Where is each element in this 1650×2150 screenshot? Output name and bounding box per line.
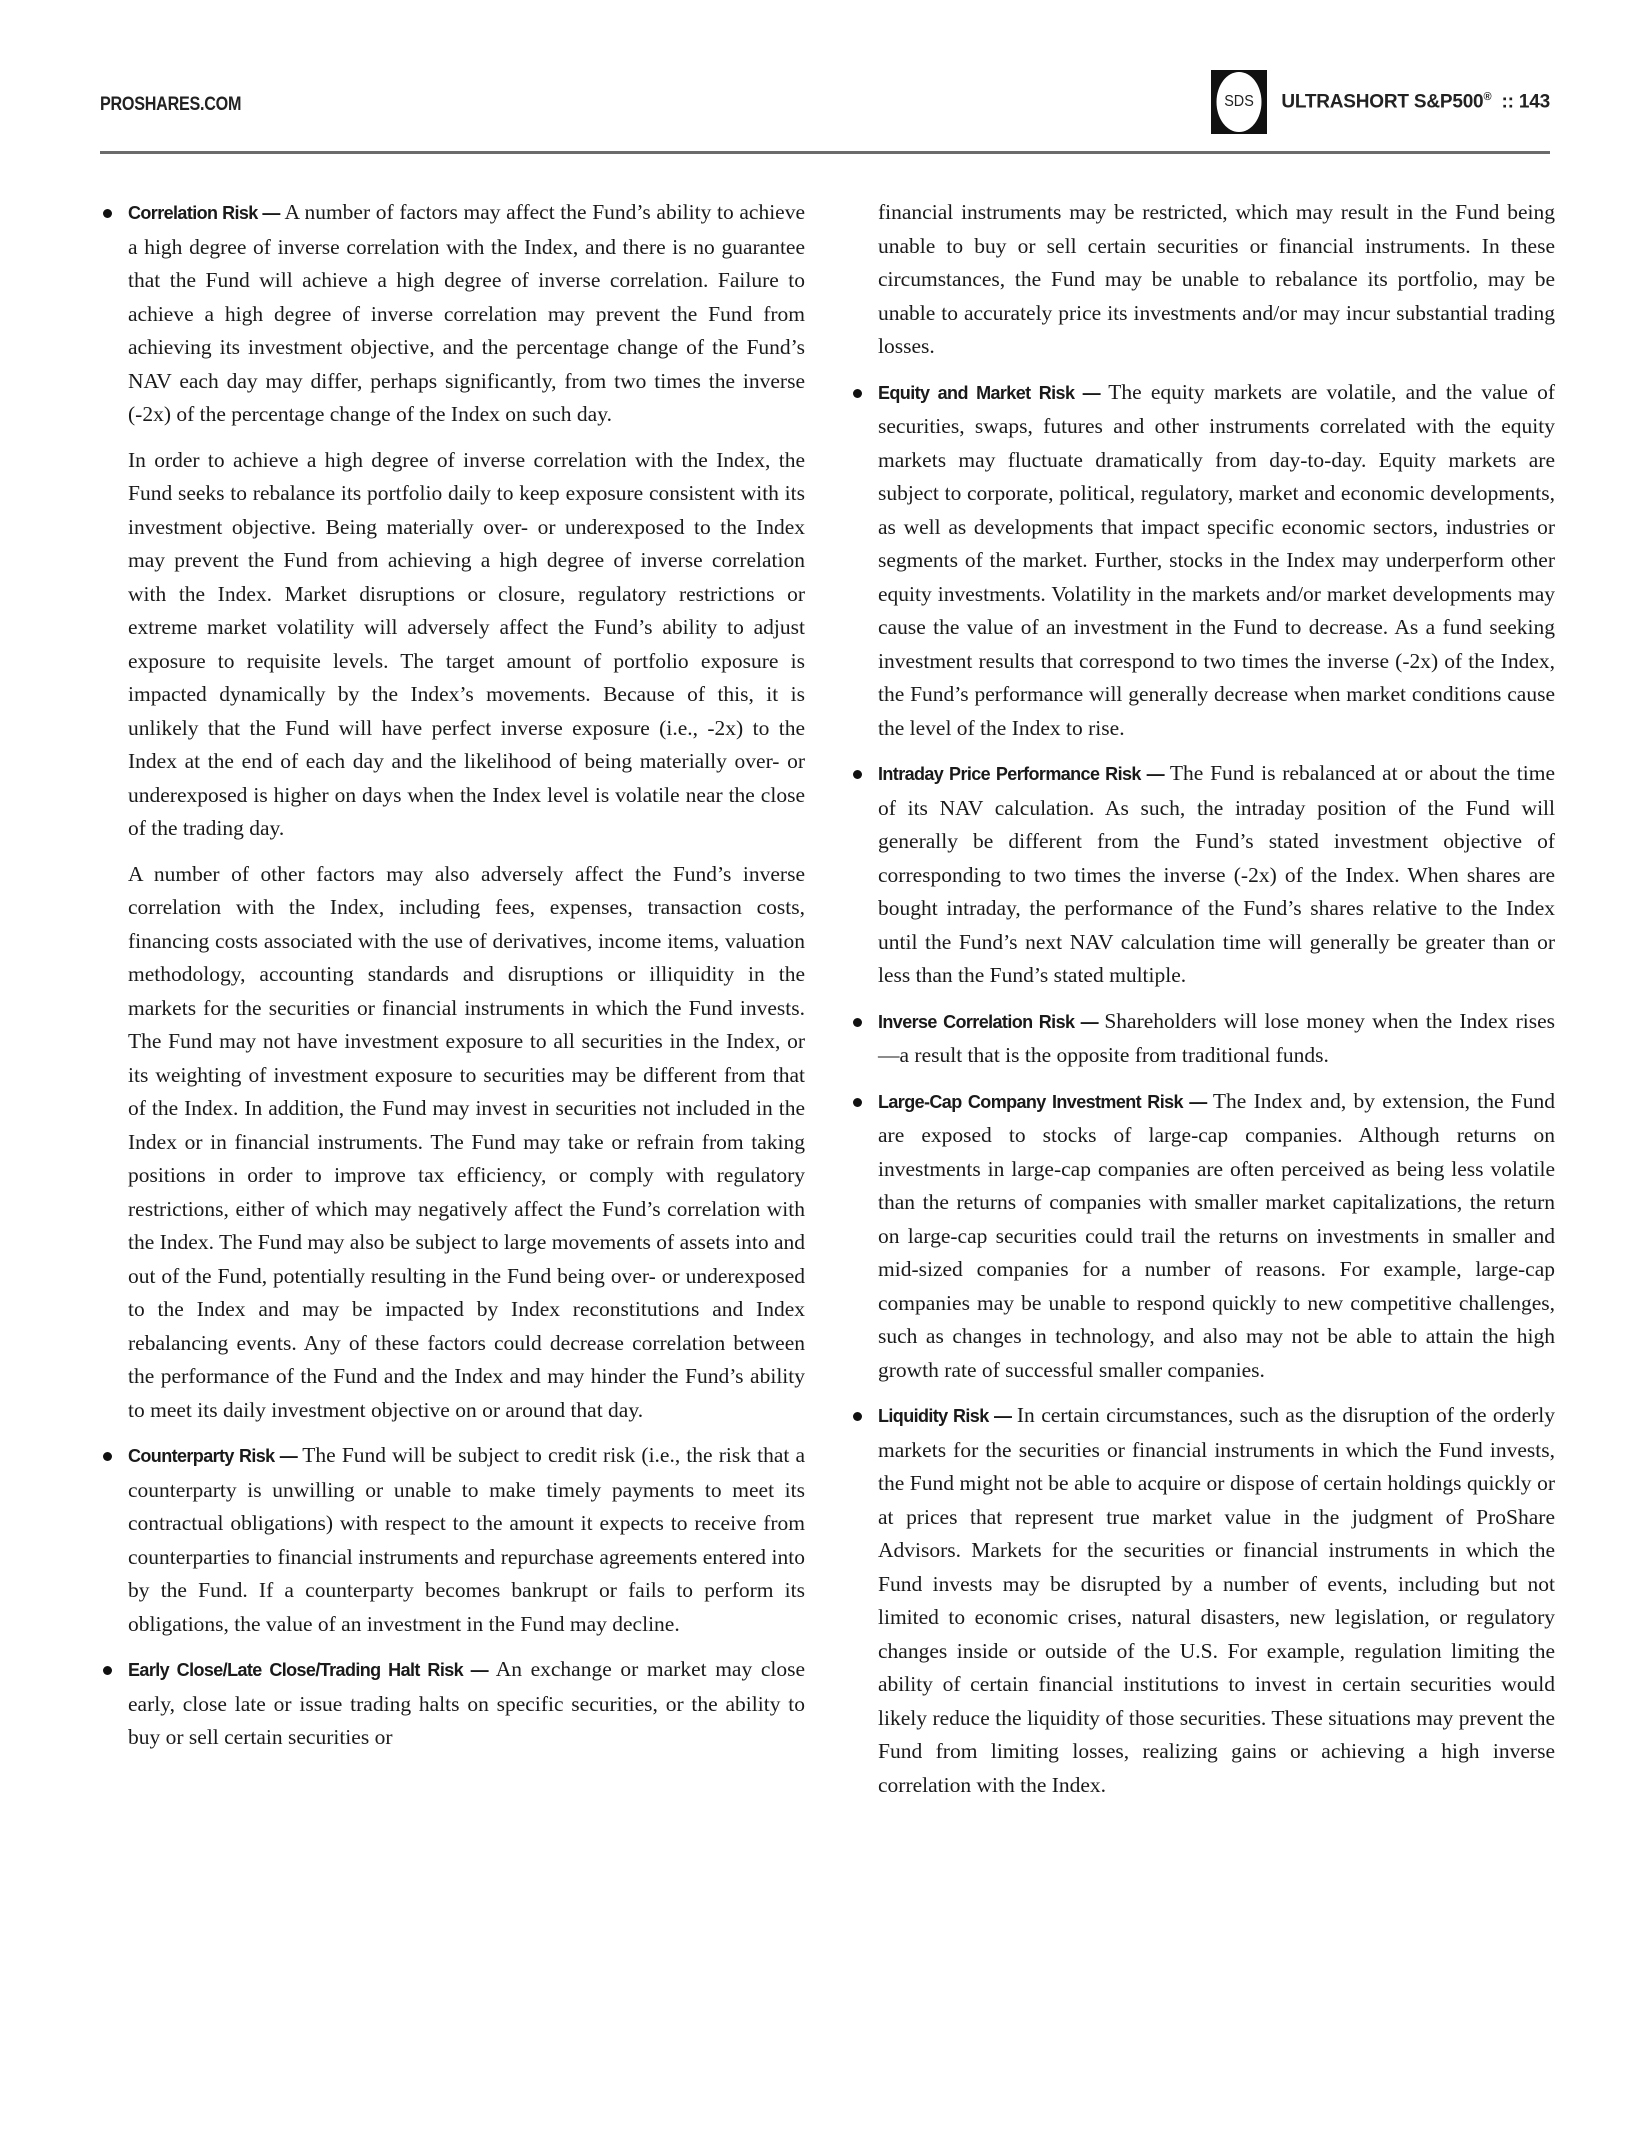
header-right: SDS ULTRASHORT S&P500® :: 143 [1211,70,1550,134]
fund-name: ULTRASHORT S&P500 [1281,91,1483,112]
risk-heading: Inverse Correlation Risk [878,1012,1074,1032]
page-number: 143 [1519,91,1550,112]
site-name: PROSHARES.COM [100,94,241,116]
risk-item: Large-Cap Company Investment Risk — The … [850,1085,1555,1388]
right-column: financial instruments may be restricted,… [850,196,1555,1814]
risk-text: The equity markets are volatile, and the… [878,380,1555,740]
ticker-label: SDS [1217,72,1262,132]
registered-mark: ® [1483,91,1491,103]
dash: — [463,1660,496,1680]
risk-text: The Fund is rebalanced at or about the t… [878,761,1555,987]
risk-text: The Fund will be subject to credit risk … [128,1443,805,1636]
separator: :: [1502,91,1514,112]
risk-item: Intraday Price Performance Risk — The Fu… [850,757,1555,993]
dash: — [258,203,285,223]
body-paragraph: A number of other factors may also adver… [100,858,805,1428]
risk-item: Counterparty Risk — The Fund will be sub… [100,1439,805,1641]
header-divider [100,151,1550,154]
dash: — [989,1406,1017,1426]
risk-item: Inverse Correlation Risk — Shareholders … [850,1005,1555,1073]
left-column: Correlation Risk — A number of factors m… [100,196,805,1767]
fund-ticker-badge: SDS [1211,70,1267,134]
bullet-icon [853,1412,862,1421]
risk-item: Correlation Risk — A number of factors m… [100,196,805,432]
bullet-icon [853,1018,862,1027]
bullet-icon [853,770,862,779]
risk-text: A number of factors may affect the Fund’… [128,200,805,426]
page-header: PROSHARES.COM SDS ULTRASHORT S&P500® :: … [100,70,1550,150]
bullet-icon [103,209,112,218]
risk-heading: Large-Cap Company Investment Risk [878,1092,1183,1112]
bullet-icon [853,389,862,398]
dash: — [275,1446,303,1466]
risk-item: Early Close/Late Close/Trading Halt Risk… [100,1653,805,1755]
continued-paragraph: financial instruments may be restricted,… [850,196,1555,364]
risk-heading: Early Close/Late Close/Trading Halt Risk [128,1660,463,1680]
risk-text: The Index and, by extension, the Fund ar… [878,1089,1555,1382]
risk-heading: Liquidity Risk [878,1406,989,1426]
bullet-icon [103,1666,112,1675]
body-paragraph: In order to achieve a high degree of inv… [100,444,805,846]
risk-heading: Counterparty Risk [128,1446,275,1466]
risk-text: In certain circumstances, such as the di… [878,1403,1555,1797]
risk-item: Equity and Market Risk — The equity mark… [850,376,1555,746]
bullet-icon [853,1098,862,1107]
dash: — [1183,1092,1213,1112]
risk-heading: Intraday Price Performance Risk [878,764,1141,784]
dash: — [1141,764,1170,784]
dash: — [1074,1012,1104,1032]
running-title: ULTRASHORT S&P500® :: 143 [1281,91,1550,113]
bullet-icon [103,1452,112,1461]
dash: — [1074,383,1108,403]
risk-heading: Equity and Market Risk [878,383,1074,403]
risk-heading: Correlation Risk [128,203,258,223]
risk-item: Liquidity Risk — In certain circumstance… [850,1399,1555,1802]
